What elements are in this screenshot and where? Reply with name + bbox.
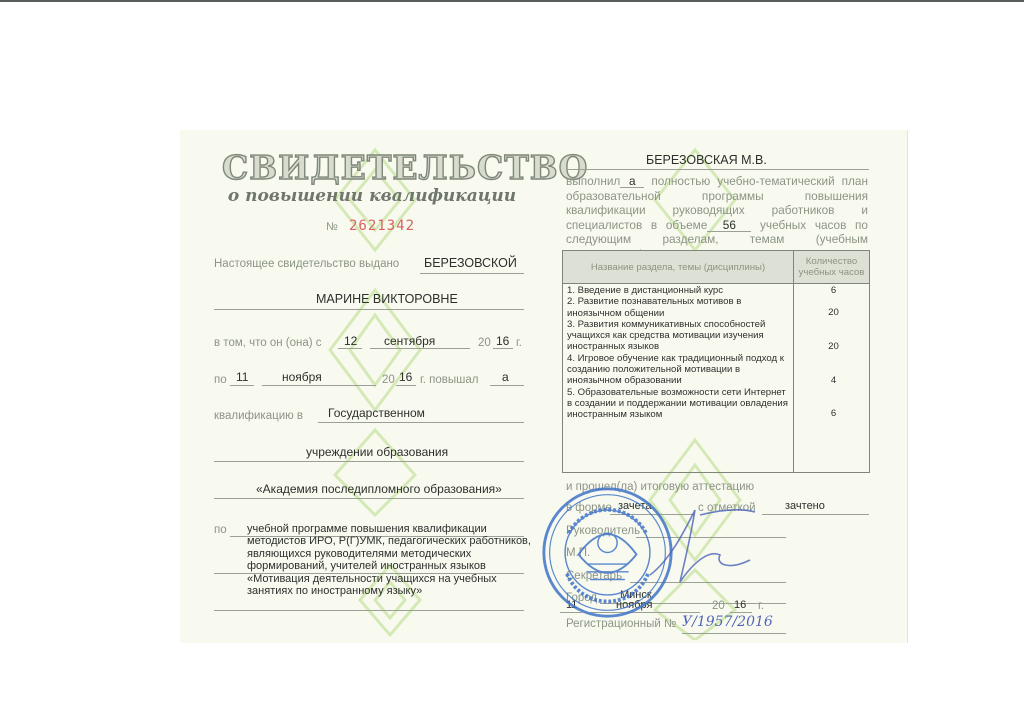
completion-text: выполнила полностью учебно-тематический … [566, 174, 868, 262]
surname-value: БЕРЕЗОВСКОЙ [424, 256, 517, 270]
raised-suffix: а [502, 370, 509, 384]
institution-line-1: Государственном [328, 406, 425, 420]
year-prefix-2: 20 [382, 374, 395, 386]
start-day: 12 [344, 334, 357, 348]
hours-cell: 6 [794, 408, 873, 419]
end-year: 16 [399, 370, 412, 384]
hours-cell: 4 [794, 375, 873, 386]
program-text: учебной программе повышения квалификации… [247, 523, 537, 597]
table-header-hours: Количество учебных часов [794, 251, 870, 284]
end-day: 11 [236, 370, 248, 384]
year-suffix: г. [516, 337, 522, 349]
qualification-label: квалификацию в [214, 410, 303, 422]
scan-top-edge [0, 0, 1024, 2]
institution-line-2: учреждении образования [306, 445, 448, 459]
signature-icon [640, 500, 760, 590]
hours-cell: 6 [794, 285, 873, 296]
issue-year: 16 [734, 599, 746, 611]
serial-number: 2621342 [349, 218, 415, 234]
year-prefix: 20 [478, 337, 491, 349]
issue-year-prefix: 20 [712, 600, 725, 612]
start-month: сентября [384, 334, 435, 348]
raised-label: г. повышал [420, 374, 479, 386]
certificate-subtitle: о повышении квалификации [222, 186, 522, 206]
registration-number: У/1957/2016 [682, 614, 773, 630]
end-month: ноября [282, 370, 322, 384]
to-label: по [214, 374, 227, 386]
program-label: по [214, 524, 227, 536]
table-row: 1. Введение в дистанционный курс 2. Разв… [563, 284, 870, 473]
period-label: в том, что он (она) с [214, 337, 322, 349]
number-label: № [326, 221, 338, 233]
institution-line-3: «Академия последипломного образования» [256, 482, 502, 496]
issue-year-suffix: г. [758, 600, 764, 612]
topic-list: 1. Введение в дистанционный курс 2. Разв… [563, 284, 793, 421]
certificate-title: СВИДЕТЕЛЬСТВО [222, 148, 522, 187]
issued-label: Настоящее свидетельство выдано [214, 258, 399, 270]
table-header-topic: Название раздела, темы (дисциплины) [563, 251, 794, 284]
hours-cell: 20 [794, 341, 873, 352]
hours-cell: 20 [794, 307, 873, 318]
start-year: 16 [496, 334, 509, 348]
study-plan-table: Название раздела, темы (дисциплины) Коли… [562, 250, 870, 473]
mark-value: зачтено [785, 500, 825, 512]
holder-name: БЕРЕЗОВСКАЯ М.В. [646, 153, 767, 167]
fullname-value: МАРИНЕ ВИКТОРОВНЕ [316, 292, 458, 306]
